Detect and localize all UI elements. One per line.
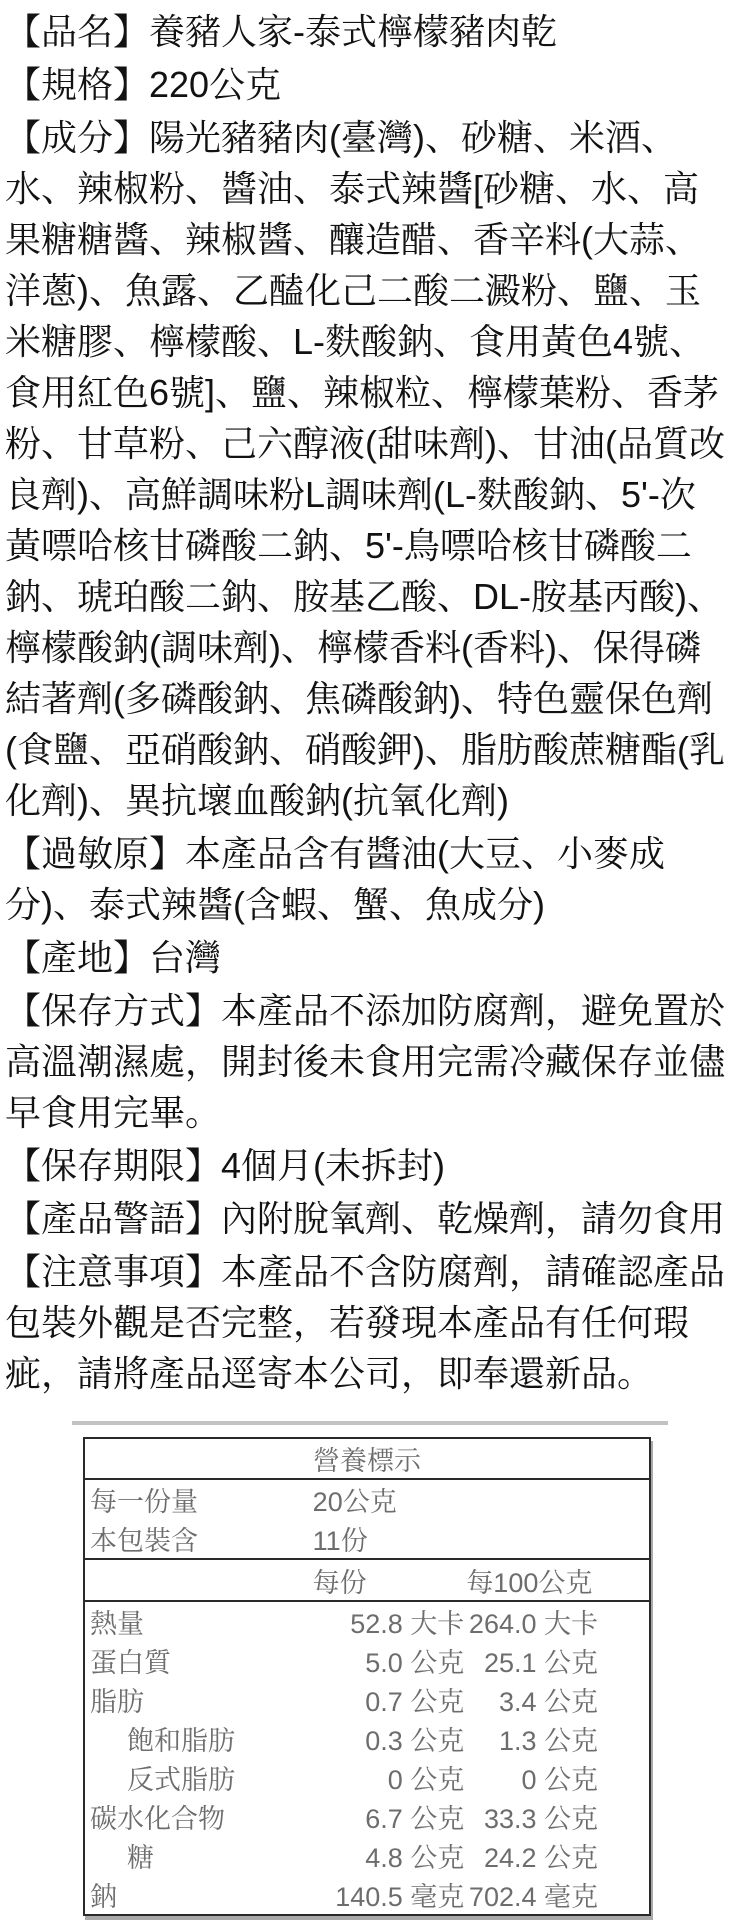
nutrient-per-serving-value: 140.5 毫克 [280, 1875, 465, 1915]
section-label: 【過敏原】 [5, 833, 185, 874]
nutrient-row: 鈉140.5 毫克702.4 毫克 [84, 1875, 650, 1915]
per-100g-header: 每100公克 [464, 1559, 650, 1601]
section-label: 【規格】 [5, 64, 149, 105]
product-section: 【品名】養豬人家-泰式檸檬豬肉乾 [5, 6, 726, 57]
section-label: 【保存期限】 [5, 1145, 221, 1186]
per-serving-header: 每份 [280, 1559, 465, 1601]
section-label: 【產品警語】 [5, 1198, 221, 1239]
nutrient-per-100g-value: 1.3 公克 [464, 1719, 650, 1758]
nutrient-label: 反式脂肪 [84, 1758, 280, 1797]
nutrient-per-serving-value: 0 公克 [280, 1758, 465, 1797]
nutrient-row: 蛋白質5.0 公克25.1 公克 [84, 1641, 650, 1680]
nutrient-row: 糖4.8 公克24.2 公克 [84, 1836, 650, 1875]
serving-label: 本包裝含 [84, 1519, 280, 1559]
nutrient-row: 脂肪0.7 公克3.4 公克 [84, 1680, 650, 1719]
nutrient-label: 脂肪 [84, 1680, 280, 1719]
section-text: 220公克 [149, 64, 281, 105]
section-text: 內附脫氧劑、乾燥劑，請勿食用 [221, 1198, 725, 1239]
nutrient-per-100g-value: 0 公克 [464, 1758, 650, 1797]
product-detail-page: 【品名】養豬人家-泰式檸檬豬肉乾【規格】220公克【成分】陽光豬豬肉(臺灣)、砂… [0, 0, 730, 1924]
nutrient-label: 碳水化合物 [84, 1797, 280, 1836]
product-section: 【產品警語】內附脫氧劑、乾燥劑，請勿食用 [5, 1193, 726, 1244]
nutrient-per-serving-value: 4.8 公克 [280, 1836, 465, 1875]
nutrient-row: 碳水化合物6.7 公克33.3 公克 [84, 1797, 650, 1836]
nutrient-label: 糖 [84, 1836, 280, 1875]
section-text: 養豬人家-泰式檸檬豬肉乾 [149, 11, 557, 52]
serving-info-row: 每一份量20公克 [84, 1479, 650, 1519]
serving-value: 11份 [280, 1519, 650, 1559]
section-label: 【保存方式】 [5, 990, 221, 1031]
product-info-sections: 【品名】養豬人家-泰式檸檬豬肉乾【規格】220公克【成分】陽光豬豬肉(臺灣)、砂… [0, 0, 730, 1399]
nutrition-title-row: 營養標示 [84, 1438, 650, 1479]
nutrient-per-serving-value: 0.3 公克 [280, 1719, 465, 1758]
section-divider [72, 1421, 668, 1425]
product-section: 【保存方式】本產品不添加防腐劑，避免置於高溫潮濕處，開封後未食用完需冷藏保存並儘… [5, 985, 726, 1138]
nutrient-per-100g-value: 25.1 公克 [464, 1641, 650, 1680]
product-section: 【注意事項】本產品不含防腐劑，請確認產品包裝外觀是否完整，若發現本產品有任何瑕疵… [5, 1246, 726, 1399]
product-section: 【過敏原】本產品含有醬油(大豆、小麥成分)、泰式辣醬(含蝦、蟹、魚成分) [5, 828, 726, 930]
nutrient-per-100g-value: 702.4 毫克 [464, 1875, 650, 1915]
nutrient-row: 熱量52.8 大卡264.0 大卡 [84, 1601, 650, 1641]
nutrient-per-100g-value: 33.3 公克 [464, 1797, 650, 1836]
nutrient-per-serving-value: 6.7 公克 [280, 1797, 465, 1836]
section-label: 【成分】 [5, 117, 149, 158]
section-label: 【注意事項】 [5, 1251, 221, 1292]
product-section: 【保存期限】4個月(未拆封) [5, 1140, 726, 1191]
nutrient-label: 鈉 [84, 1875, 280, 1915]
section-text: 台灣 [149, 937, 221, 978]
serving-label: 每一份量 [84, 1479, 280, 1519]
empty-header-cell [84, 1559, 280, 1601]
section-text: 陽光豬豬肉(臺灣)、砂糖、米酒、水、辣椒粉、醬油、泰式辣醬[砂糖、水、高果糖糖醬… [5, 117, 725, 821]
nutrient-per-serving-value: 5.0 公克 [280, 1641, 465, 1680]
section-label: 【品名】 [5, 11, 149, 52]
nutrient-per-100g-value: 264.0 大卡 [464, 1601, 650, 1641]
product-section: 【產地】台灣 [5, 932, 726, 983]
product-section: 【成分】陽光豬豬肉(臺灣)、砂糖、米酒、水、辣椒粉、醬油、泰式辣醬[砂糖、水、高… [5, 112, 726, 826]
nutrition-title: 營養標示 [84, 1438, 650, 1479]
serving-value: 20公克 [280, 1479, 650, 1519]
nutrient-per-serving-value: 0.7 公克 [280, 1680, 465, 1719]
nutrient-per-100g-value: 3.4 公克 [464, 1680, 650, 1719]
nutrient-per-serving-value: 52.8 大卡 [280, 1601, 465, 1641]
nutrient-row: 飽和脂肪0.3 公克1.3 公克 [84, 1719, 650, 1758]
serving-info-row: 本包裝含11份 [84, 1519, 650, 1559]
product-section: 【規格】220公克 [5, 59, 726, 110]
nutrition-facts-table: 營養標示 每一份量20公克本包裝含11份 每份 每100公克 熱量52.8 大卡… [83, 1437, 651, 1916]
nutrient-label: 蛋白質 [84, 1641, 280, 1680]
nutrition-column-header-row: 每份 每100公克 [84, 1559, 650, 1601]
nutrient-per-100g-value: 24.2 公克 [464, 1836, 650, 1875]
nutrient-label: 飽和脂肪 [84, 1719, 280, 1758]
nutrient-label: 熱量 [84, 1601, 280, 1641]
section-text: 4個月(未拆封) [221, 1145, 445, 1186]
nutrient-row: 反式脂肪0 公克0 公克 [84, 1758, 650, 1797]
section-label: 【產地】 [5, 937, 149, 978]
